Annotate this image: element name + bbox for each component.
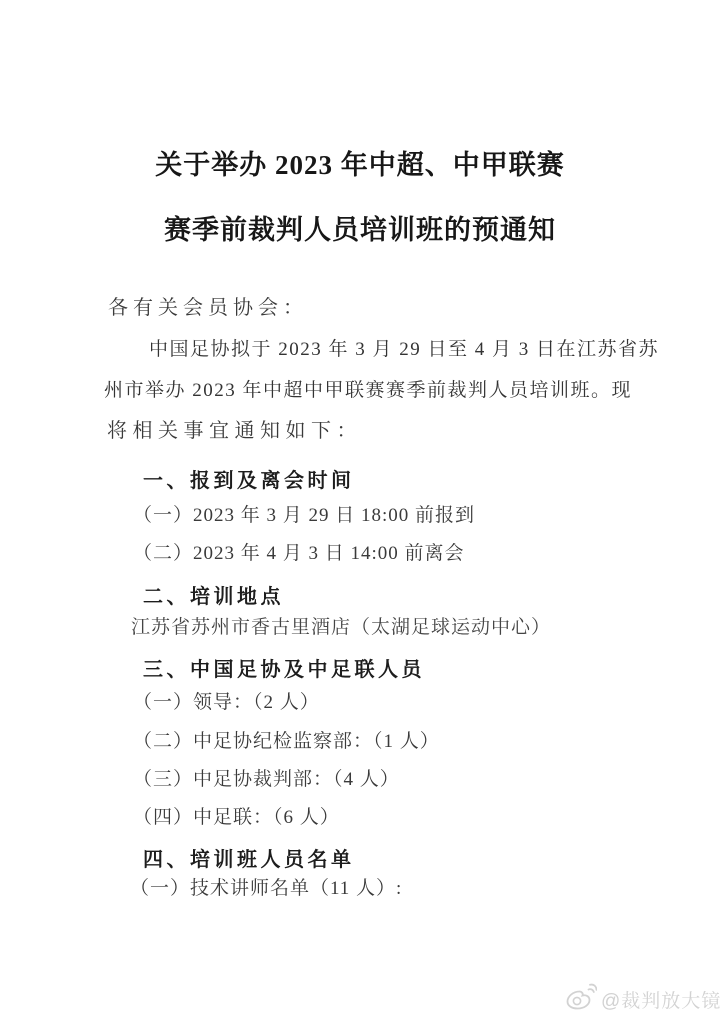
watermark-handle: @裁判放大镜 (601, 986, 720, 1013)
section-3-heading: 三、中国足协及中足联人员 (143, 653, 425, 682)
scanned-notice-page: 关于举办 2023 年中超、中甲联赛 赛季前裁判人员培训班的预通知 各有关会员协… (0, 0, 720, 1018)
intro-line-1: 中国足协拟于 2023 年 3 月 29 日至 4 月 3 日在江苏省苏 (149, 338, 659, 362)
section-2-heading: 二、培训地点 (143, 580, 284, 609)
section-3-item-3: （三）中足协裁判部：（4 人） (133, 768, 400, 792)
section-2-location: 江苏省苏州市香古里酒店（太湖足球运动中心） (131, 616, 551, 640)
section-3-item-4: （四）中足联：（6 人） (133, 806, 340, 830)
section-4-heading: 四、培训班人员名单 (143, 843, 355, 872)
document-title-line-2: 赛季前裁判人员培训班的预通知 (0, 208, 720, 247)
intro-line-2: 州市举办 2023 年中超中甲联赛赛季前裁判人员培训班。现 (104, 379, 632, 403)
section-3-item-1: （一）领导：（2 人） (133, 691, 320, 715)
section-3-item-2: （二）中足协纪检监察部：（1 人） (133, 730, 440, 754)
weibo-icon (566, 983, 597, 1015)
section-1-heading: 一、报到及离会时间 (143, 464, 355, 493)
salutation-line: 各有关会员协会： (108, 296, 308, 321)
watermark: @裁判放大镜 (566, 983, 720, 1015)
section-4-item-1: （一）技术讲师名单（11 人）: (130, 877, 402, 901)
section-1-item-1: （一）2023 年 3 月 29 日 18:00 前报到 (133, 504, 475, 528)
intro-line-3: 将相关事宜通知如下： (107, 419, 362, 444)
document-title-line-1: 关于举办 2023 年中超、中甲联赛 (0, 143, 720, 182)
section-1-item-2: （二）2023 年 4 月 3 日 14:00 前离会 (133, 542, 465, 566)
